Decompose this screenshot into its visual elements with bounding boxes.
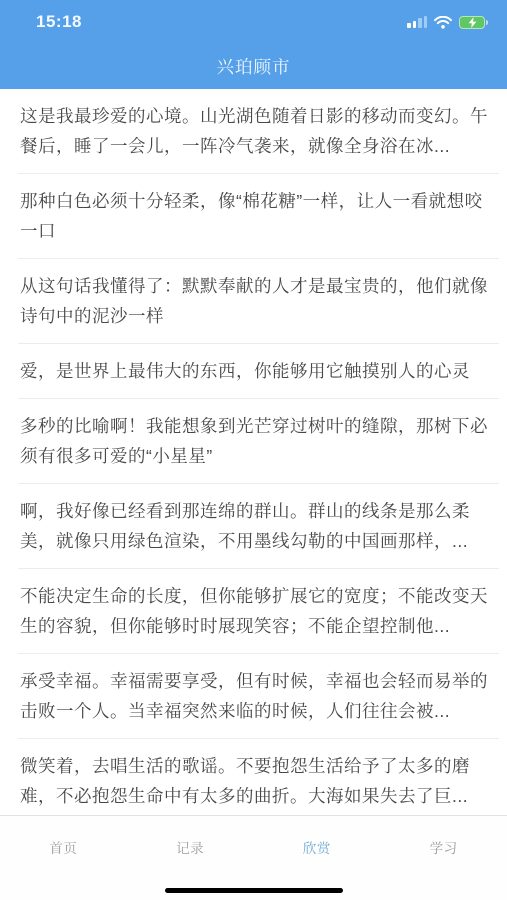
tab-home[interactable]: 首页 <box>0 837 127 857</box>
list-item[interactable]: 那种白色必须十分轻柔，像“棉花糖”一样，让人一看就想咬一口 <box>0 174 507 258</box>
tab-appreciate[interactable]: 欣赏 <box>254 837 381 857</box>
status-bar: 15:18 <box>0 0 507 44</box>
list-item[interactable]: 微笑着，去唱生活的歌谣。不要抱怨生活给予了太多的磨难，不必抱怨生命中有太多的曲折… <box>0 739 507 815</box>
tab-study[interactable]: 学习 <box>380 837 507 857</box>
list-item[interactable]: 爱，是世界上最伟大的东西，你能够用它触摸别人的心灵 <box>0 344 507 398</box>
tab-bar: 首页 记录 欣赏 学习 <box>0 815 507 900</box>
status-time: 15:18 <box>36 12 82 32</box>
list-item[interactable]: 啊，我好像已经看到那连绵的群山。群山的线条是那么柔美，就像只用绿色渲染，不用墨线… <box>0 484 507 568</box>
home-indicator[interactable] <box>165 888 343 893</box>
list-item[interactable]: 承受幸福。幸福需要享受，但有时候，幸福也会轻而易举的击败一个人。当幸福突然来临的… <box>0 654 507 738</box>
tab-record[interactable]: 记录 <box>127 837 254 857</box>
app-header: 15:18 兴珀顾市 <box>0 0 507 89</box>
list-item[interactable]: 多秒的比喻啊！我能想象到光芒穿过树叶的缝隙，那树下必须有很多可爱的“小星星” <box>0 399 507 483</box>
nav-bar: 兴珀顾市 <box>0 44 507 89</box>
battery-charging-icon <box>459 16 485 29</box>
status-icons <box>407 16 485 29</box>
app-window: 15:18 兴珀顾市 <box>0 0 507 900</box>
page-title: 兴珀顾市 <box>217 54 291 79</box>
wifi-icon <box>434 16 452 29</box>
quote-list: 这是我最珍爱的心境。山光湖色随着日影的移动而变幻。午餐后，睡了一会儿，一阵冷气袭… <box>0 89 507 815</box>
list-item[interactable]: 这是我最珍爱的心境。山光湖色随着日影的移动而变幻。午餐后，睡了一会儿，一阵冷气袭… <box>0 89 507 173</box>
charging-bolt-icon <box>468 17 477 28</box>
list-item[interactable]: 不能决定生命的长度，但你能够扩展它的宽度；不能改变天生的容貌，但你能够时时展现笑… <box>0 569 507 653</box>
list-item[interactable]: 从这句话我懂得了：默默奉献的人才是最宝贵的，他们就像诗句中的泥沙一样 <box>0 259 507 343</box>
cellular-signal-icon <box>407 16 427 28</box>
